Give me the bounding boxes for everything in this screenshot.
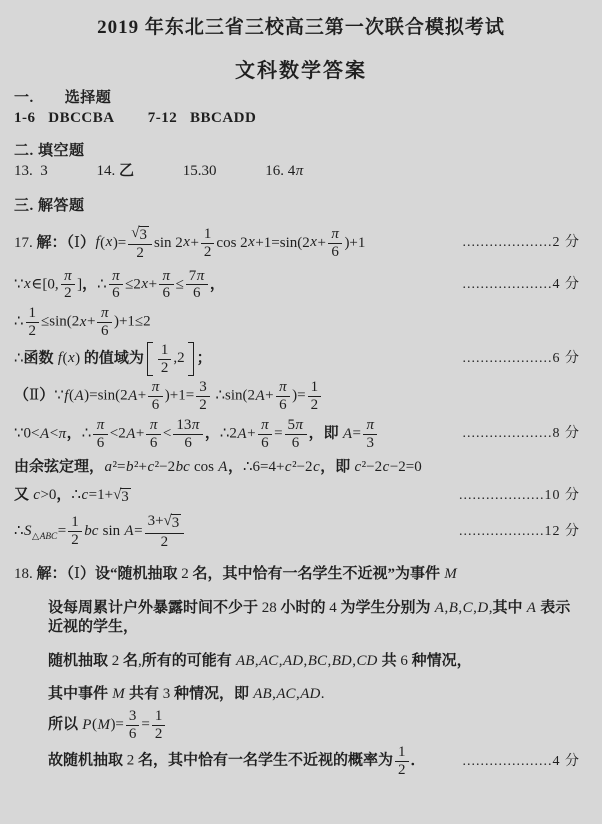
q18-step-5-text: 故随机抽取 2 名，其中恰有一名学生不近视的概率为12． (48, 744, 426, 779)
q18-intro: 18. 解：（Ⅰ）设“随机抽取 2 名，其中恰有一名学生不近视”为事件 M (14, 565, 580, 585)
q18-step-1-text: 设每周累计户外暴露时间不少于 28 小时的 4 为学生分别为 A,B,C,D,其… (48, 599, 580, 638)
q18-step-2: 随机抽取 2 名,所有的可能有 AB,AC,AD,BC,BD,CD 共 6 种情… (14, 652, 580, 672)
q17-step-6: ∵0<A<π，∴π6<2A+π6<13π6，∴2A+π6=5π6，即 A=π3.… (14, 417, 580, 452)
q18-step-2-text: 随机抽取 2 名,所有的可能有 AB,AC,AD,BC,BD,CD 共 6 种情… (48, 652, 472, 672)
fill-answers-text: 13. 3 14. 乙 15.30 16. 4π (14, 162, 304, 182)
section-fill-header-text: 二. 填空题 (14, 142, 85, 162)
q18-step-1: 设每周累计户外暴露时间不少于 28 小时的 4 为学生分别为 A,B,C,D,其… (14, 599, 580, 638)
fill-answers: 13. 3 14. 乙 15.30 16. 4π (14, 162, 580, 182)
score-marker: ...................10 分 (451, 487, 580, 505)
q17-step-1-text: 17. 解：（Ⅰ）f(x)=√32sin 2x+12cos 2x+1=sin(2… (14, 225, 365, 262)
choice-answers: 1-6 DBCCBA 7-12 BBCADD (14, 109, 580, 129)
q17-step-2-text: ∵x∈[0,π2]，∴π6≤2x+π6≤7π6， (14, 268, 225, 303)
q17-step-3-text: ∴12≤sin(2x+π6)+1≤2 (14, 305, 151, 340)
score-marker: ....................8 分 (455, 425, 581, 443)
q17-step-3: ∴12≤sin(2x+π6)+1≤2 (14, 305, 580, 340)
q17-step-6-text: ∵0<A<π，∴π6<2A+π6<13π6，∴2A+π6=5π6，即 A=π3 (14, 417, 379, 452)
q17-step-9: ∴S△ABC=12bc sin A=3+√32.................… (14, 513, 580, 550)
q17-step-8-text: 又 c>0，∴c=1+√3 (14, 486, 131, 506)
section-choice-header: 一. 选择题 (14, 89, 580, 109)
q18-step-4: 所以 P(M)=36=12 (14, 708, 580, 743)
score-marker: ....................6 分 (455, 350, 581, 368)
score-marker: ...................12 分 (451, 523, 580, 541)
exam-answer-sheet: 2019 年东北三省三校高三第一次联合模拟考试 文科数学答案 一. 选择题1-6… (0, 0, 602, 824)
q17-step-4-text: ∴函数 f(x) 的值域为12,2； (14, 342, 212, 377)
score-marker: ....................2 分 (455, 234, 581, 252)
q18-step-3: 其中事件 M 共有 3 种情况，即 AB,AC,AD. (14, 685, 580, 705)
section-solution-header-text: 三. 解答题 (14, 197, 85, 217)
page-title: 2019 年东北三省三校高三第一次联合模拟考试 (0, 12, 602, 39)
q18-step-5: 故随机抽取 2 名，其中恰有一名学生不近视的概率为12．............… (14, 744, 580, 779)
score-marker: ....................4 分 (455, 753, 581, 771)
q17-step-4: ∴函数 f(x) 的值域为12,2；....................6 … (14, 342, 580, 377)
choice-answers-text: 1-6 DBCCBA 7-12 BBCADD (14, 109, 256, 129)
q17-step-7: 由余弦定理，a²=b²+c²−2bc cos A，∴6=4+c²−2c，即 c²… (14, 458, 580, 478)
section-fill-header: 二. 填空题 (14, 142, 580, 162)
document-lines: 一. 选择题1-6 DBCCBA 7-12 BBCADD二. 填空题13. 3 … (0, 89, 602, 779)
q18-step-3-text: 其中事件 M 共有 3 种情况，即 AB,AC,AD. (48, 685, 325, 705)
page-subtitle: 文科数学答案 (0, 54, 602, 83)
q17-step-2: ∵x∈[0,π2]，∴π6≤2x+π6≤7π6，................… (14, 268, 580, 303)
section-choice-header-text: 一. 选择题 (14, 89, 111, 109)
q17-step-1: 17. 解：（Ⅰ）f(x)=√32sin 2x+12cos 2x+1=sin(2… (14, 225, 580, 262)
q17-step-9-text: ∴S△ABC=12bc sin A=3+√32 (14, 513, 186, 550)
score-marker: ....................4 分 (455, 276, 581, 294)
q17-step-5-text: （Ⅱ）∵f(A)=sin(2A+π6)+1=32 ∴sin(2A+π6)=12 (14, 379, 323, 414)
q18-intro-text: 18. 解：（Ⅰ）设“随机抽取 2 名，其中恰有一名学生不近视”为事件 M (14, 565, 457, 585)
q17-step-5: （Ⅱ）∵f(A)=sin(2A+π6)+1=32 ∴sin(2A+π6)=12 (14, 379, 580, 414)
q18-step-4-text: 所以 P(M)=36=12 (48, 708, 167, 743)
q17-step-7-text: 由余弦定理，a²=b²+c²−2bc cos A，∴6=4+c²−2c，即 c²… (14, 458, 422, 478)
q17-step-8: 又 c>0，∴c=1+√3...................10 分 (14, 486, 580, 506)
section-solution-header: 三. 解答题 (14, 197, 580, 217)
